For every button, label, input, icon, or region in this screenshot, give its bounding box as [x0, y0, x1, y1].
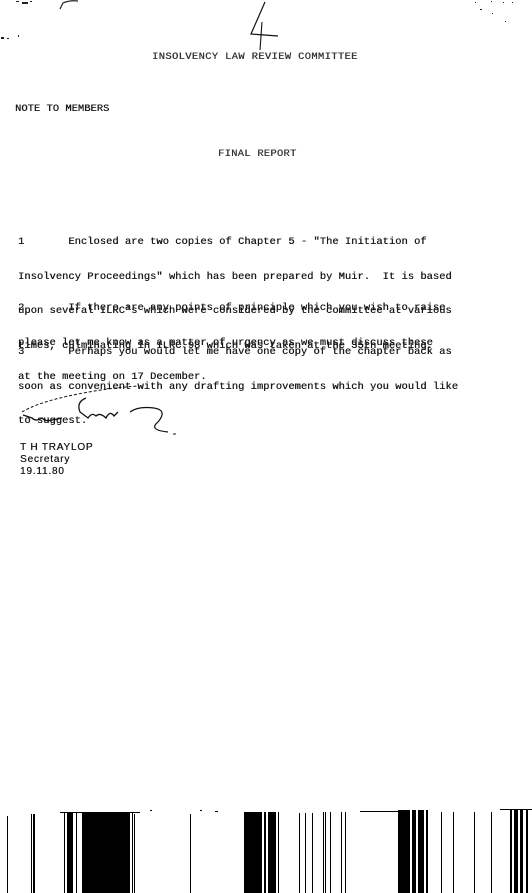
barcode-strip-icon — [0, 808, 532, 893]
document-date: 19.11.80 — [20, 466, 65, 478]
scanned-document-page: INSOLVENCY LAW REVIEW COMMITTEE NOTE TO … — [0, 0, 532, 893]
signatory-title: Secretary — [20, 454, 70, 466]
paragraph-line: 2 If there are any points of principle w… — [18, 303, 445, 315]
signatory-name: T H TRAYLOP — [20, 442, 93, 454]
handwritten-signature — [18, 382, 188, 442]
document-title: FINAL REPORT — [218, 149, 296, 161]
committee-header: INSOLVENCY LAW REVIEW COMMITTEE — [152, 52, 358, 64]
addressee-line: NOTE TO MEMBERS — [15, 104, 109, 116]
paragraph-line: 1 Enclosed are two copies of Chapter 5 -… — [18, 237, 452, 249]
paragraph-line: 3 Perhaps you would let me have one copy… — [18, 347, 458, 359]
